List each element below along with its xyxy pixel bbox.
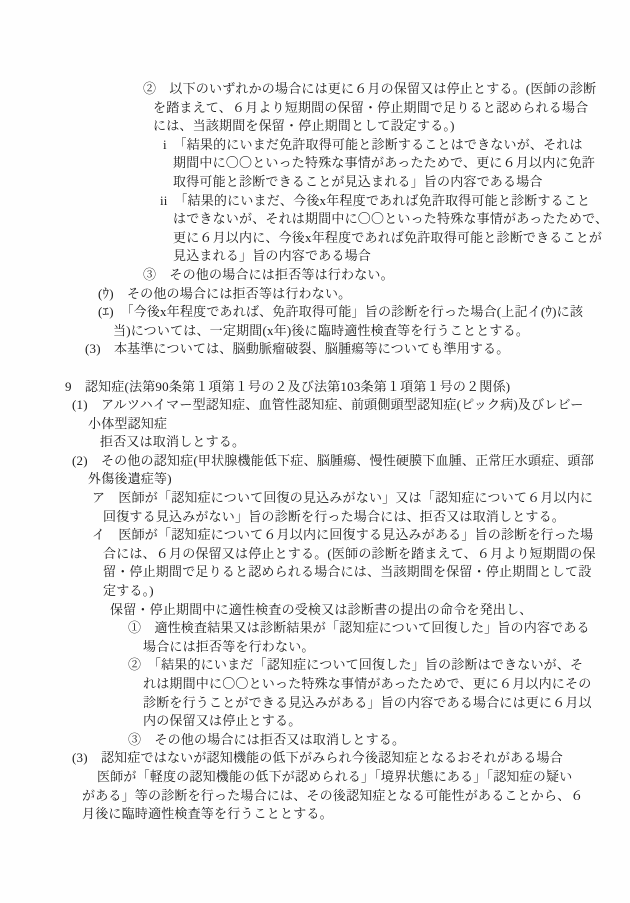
doc-line: 医師が「軽度の認知機能の低下が認められる」「境界状態にある」「認知症の疑い bbox=[0, 768, 630, 787]
doc-line: 外傷後遺症等) bbox=[0, 470, 630, 489]
doc-line: ① 適性検査結果又は診断結果が「認知症について回復した」旨の内容である bbox=[0, 619, 630, 638]
doc-line: 小体型認知症 bbox=[0, 415, 630, 434]
doc-line: i 「結果的にいまだ免許取得可能と診断することはできないが、それは bbox=[0, 136, 630, 155]
blank-line bbox=[0, 359, 630, 378]
doc-line: 場合には拒否等を行わない。 bbox=[0, 638, 630, 657]
doc-line: 内の保留又は停止とする。 bbox=[0, 712, 630, 731]
doc-line: (ｳ) その他の場合には拒否等は行わない。 bbox=[0, 285, 630, 304]
section-heading: 9 認知症(法第90条第１項第１号の２及び法第103条第１項第１号の２関係) bbox=[0, 378, 630, 397]
doc-line: ア 医師が「認知症について回復の見込みがない」又は「認知症について６月以内に bbox=[0, 489, 630, 508]
doc-line: ③ その他の場合には拒否等は行わない。 bbox=[0, 266, 630, 285]
doc-line: 定する。) bbox=[0, 582, 630, 601]
doc-line: (2) その他の認知症(甲状腺機能低下症、脳腫瘍、慢性硬膜下血腫、正常圧水頭症、… bbox=[0, 452, 630, 471]
doc-line: 月後に臨時適性検査等を行うこととする。 bbox=[0, 805, 630, 824]
doc-line: ② 以下のいずれかの場合には更に６月の保留又は停止とする。(医師の診断 bbox=[0, 80, 630, 99]
doc-line: (3) 認知症ではないが認知機能の低下がみられ今後認知症となるおそれがある場合 bbox=[0, 749, 630, 768]
doc-line: 当)については、一定期間(x年)後に臨時適性検査等を行うこととする。 bbox=[0, 322, 630, 341]
doc-line: には、当該期間を保留・停止期間として設定する。) bbox=[0, 117, 630, 136]
doc-line: (ｴ) 「今後x年程度であれば、免許取得可能」旨の診断を行った場合(上記イ(ｳ)… bbox=[0, 303, 630, 322]
doc-line: (1) アルツハイマー型認知症、血管性認知症、前頭側頭型認知症(ピック病)及びレ… bbox=[0, 396, 630, 415]
doc-line: 拒否又は取消しとする。 bbox=[0, 433, 630, 452]
document-page: ② 以下のいずれかの場合には更に６月の保留又は停止とする。(医師の診断 を踏まえ… bbox=[0, 0, 630, 903]
doc-line: 更に６月以内に、今後x年程度であれば免許取得可能と診断できることが bbox=[0, 229, 630, 248]
doc-line: 保留・停止期間中に適性検査の受検又は診断書の提出の命令を発出し、 bbox=[0, 601, 630, 620]
doc-line: ③ その他の場合には拒否又は取消しとする。 bbox=[0, 731, 630, 750]
doc-line: 取得可能と診断できることが見込まれる」旨の内容である場合 bbox=[0, 173, 630, 192]
doc-line: 合には、６月の保留又は停止とする。(医師の診断を踏まえて、６月より短期間の保 bbox=[0, 545, 630, 564]
doc-line: を踏まえて、６月より短期間の保留・停止期間で足りると認められる場合 bbox=[0, 99, 630, 118]
doc-line: れは期間中に〇〇といった特殊な事情があったためで、更に６月以内にその bbox=[0, 675, 630, 694]
doc-line: ii 「結果的にいまだ、今後x年程度であれば免許取得可能と診断すること bbox=[0, 192, 630, 211]
doc-line: 期間中に〇〇といった特殊な事情があったためで、更に６月以内に免許 bbox=[0, 154, 630, 173]
doc-line: イ 医師が「認知症について６月以内に回復する見込みがある」旨の診断を行った場 bbox=[0, 526, 630, 545]
doc-line: ② 「結果的にいまだ「認知症について回復した」旨の診断はできないが、そ bbox=[0, 656, 630, 675]
doc-line: 見込まれる」旨の内容である場合 bbox=[0, 247, 630, 266]
doc-line: 回復する見込みがない」旨の診断を行った場合には、拒否又は取消しとする。 bbox=[0, 508, 630, 527]
doc-line: はできないが、それは期間中に〇〇といった特殊な事情があったためで、 bbox=[0, 210, 630, 229]
doc-line: 留・停止期間で足りると認められる場合には、当該期間を保留・停止期間として設 bbox=[0, 563, 630, 582]
doc-line: がある」等の診断を行った場合には、その後認知症となる可能性があることから、６ bbox=[0, 787, 630, 806]
doc-line: 診断を行うことができる見込みがある」旨の内容である場合には更に６月以 bbox=[0, 694, 630, 713]
doc-line: (3) 本基準については、脳動脈瘤破裂、脳腫瘍等についても準用する。 bbox=[0, 340, 630, 359]
